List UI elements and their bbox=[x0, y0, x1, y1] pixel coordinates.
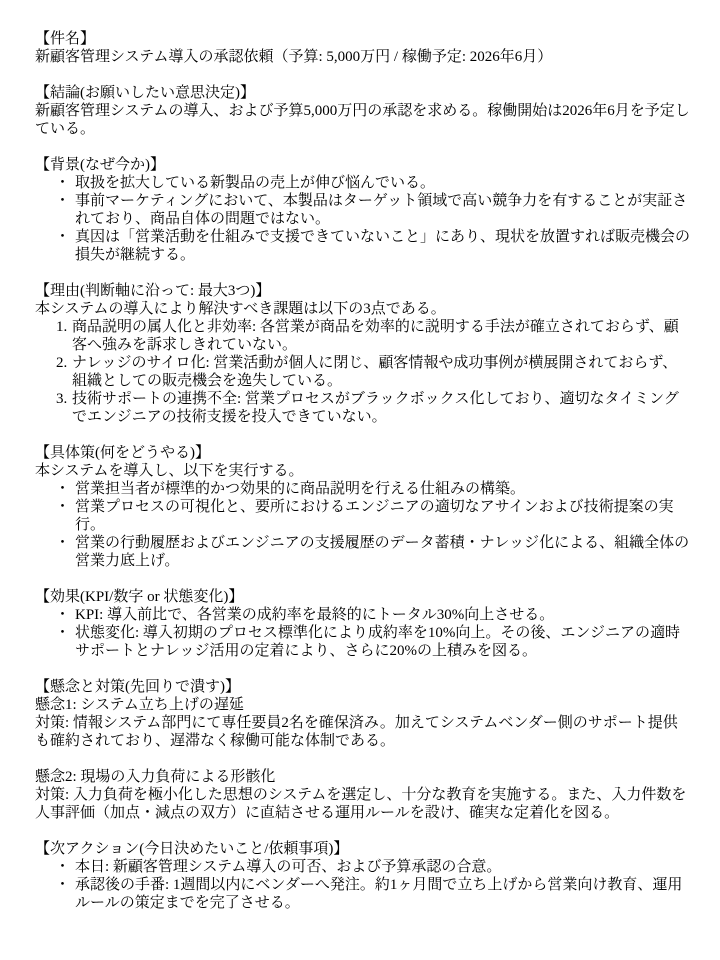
numbered-list: 1.商品説明の属人化と非効率: 各営業が商品を効率的に説明する手法が確立されてお… bbox=[35, 318, 690, 426]
bullet-item: ・営業担当者が標準的かつ効果的に商品説明を行える仕組みの構築。 bbox=[35, 480, 690, 498]
bullet-dot-icon: ・ bbox=[55, 174, 70, 192]
section-heading: 【効果(KPI/数字 or 状態変化)】 bbox=[35, 588, 690, 606]
bullet-text: 営業担当者が標準的かつ効果的に商品説明を行える仕組みの構築。 bbox=[75, 481, 525, 497]
bullet-item: ・営業の行動履歴およびエンジニアの支援履歴のデータ蓄積・ナレッジ化による、組織全… bbox=[35, 534, 690, 570]
bullet-item: ・承認後の手番: 1週間以内にベンダーへ発注。約1ヶ月間で立ち上げから営業向け教… bbox=[35, 876, 690, 912]
section-concrete-actions: 【具体策(何をどうやる)】本システムを導入し、以下を実行する。・営業担当者が標準… bbox=[35, 444, 690, 570]
bullet-dot-icon: ・ bbox=[55, 624, 70, 642]
section-heading: 【結論(お願いしたい意思決定)】 bbox=[35, 84, 690, 102]
bullet-text: 取扱を拡大している新製品の売上が伸び悩んでいる。 bbox=[75, 175, 435, 191]
document-page: 【件名】新顧客管理システム導入の承認依頼（予算: 5,000万円 / 稼働予定:… bbox=[0, 0, 720, 960]
item-number: 2. bbox=[56, 354, 67, 372]
section-heading: 【背景(なぜ今か)】 bbox=[35, 156, 690, 174]
section-concerns: 【懸念と対策(先回りで潰す)】懸念1: システム立ち上げの遅延対策: 情報システ… bbox=[35, 678, 690, 822]
section-heading: 【件名】 bbox=[35, 30, 690, 48]
bullet-list: ・取扱を拡大している新製品の売上が伸び悩んでいる。・事前マーケティングにおいて、… bbox=[35, 174, 690, 264]
bullet-text: 承認後の手番: 1週間以内にベンダーへ発注。約1ヶ月間で立ち上げから営業向け教育… bbox=[75, 877, 682, 911]
section-background: 【背景(なぜ今か)】・取扱を拡大している新製品の売上が伸び悩んでいる。・事前マー… bbox=[35, 156, 690, 264]
section-heading: 【懸念と対策(先回りで潰す)】 bbox=[35, 678, 690, 696]
bullet-text: 営業プロセスの可視化と、要所におけるエンジニアの適切なアサインおよび技術提案の実… bbox=[75, 499, 674, 533]
section-conclusion: 【結論(お願いしたい意思決定)】新顧客管理システムの導入、および予算5,000万… bbox=[35, 84, 690, 138]
paragraph: 新顧客管理システム導入の承認依頼（予算: 5,000万円 / 稼働予定: 202… bbox=[35, 48, 690, 66]
bullet-dot-icon: ・ bbox=[55, 192, 70, 210]
numbered-item: 1.商品説明の属人化と非効率: 各営業が商品を効率的に説明する手法が確立されてお… bbox=[35, 318, 690, 354]
bullet-dot-icon: ・ bbox=[55, 876, 70, 894]
item-text: 商品説明の属人化と非効率: 各営業が商品を効率的に説明する手法が確立されておらず… bbox=[72, 319, 679, 353]
bullet-item: ・KPI: 導入前比で、各営業の成約率を最終的にトータル30%向上させる。 bbox=[35, 606, 690, 624]
bullet-dot-icon: ・ bbox=[55, 534, 70, 552]
numbered-item: 3.技術サポートの連携不全: 営業プロセスがブラックボックス化しており、適切なタ… bbox=[35, 390, 690, 426]
bullet-item: ・状態変化: 導入初期のプロセス標準化により成約率を10%向上。その後、エンジニ… bbox=[35, 624, 690, 660]
paragraph: 対策: 入力負荷を極小化した思想のシステムを選定し、十分な教育を実施する。また、… bbox=[35, 786, 690, 822]
bullet-text: 営業の行動履歴およびエンジニアの支援履歴のデータ蓄積・ナレッジ化による、組織全体… bbox=[75, 535, 689, 569]
bullet-item: ・取扱を拡大している新製品の売上が伸び悩んでいる。 bbox=[35, 174, 690, 192]
bullet-item: ・事前マーケティングにおいて、本製品はターゲット領域で高い競争力を有することが実… bbox=[35, 192, 690, 228]
section-reasons: 【理由(判断軸に沿って: 最大3つ)】本システムの導入により解決すべき課題は以下… bbox=[35, 282, 690, 426]
bullet-text: 事前マーケティングにおいて、本製品はターゲット領域で高い競争力を有することが実証… bbox=[75, 193, 687, 227]
bullet-item: ・営業プロセスの可視化と、要所におけるエンジニアの適切なアサインおよび技術提案の… bbox=[35, 498, 690, 534]
numbered-item: 2.ナレッジのサイロ化: 営業活動が個人に閉じ、顧客情報や成功事例が横展開されて… bbox=[35, 354, 690, 390]
bullet-item: ・本日: 新顧客管理システム導入の可否、および予算承認の合意。 bbox=[35, 858, 690, 876]
section-subject: 【件名】新顧客管理システム導入の承認依頼（予算: 5,000万円 / 稼働予定:… bbox=[35, 30, 690, 66]
paragraph: 新顧客管理システムの導入、および予算5,000万円の承認を求める。稼働開始は20… bbox=[35, 102, 690, 138]
section-heading: 【理由(判断軸に沿って: 最大3つ)】 bbox=[35, 282, 690, 300]
paragraph: 対策: 情報システム部門にて専任要員2名を確保済み。加えてシステムベンダー側のサ… bbox=[35, 714, 690, 750]
bullet-list: ・本日: 新顧客管理システム導入の可否、および予算承認の合意。・承認後の手番: … bbox=[35, 858, 690, 912]
section-heading: 【具体策(何をどうやる)】 bbox=[35, 444, 690, 462]
bullet-text: KPI: 導入前比で、各営業の成約率を最終的にトータル30%向上させる。 bbox=[75, 607, 554, 623]
bullet-text: 本日: 新顧客管理システム導入の可否、および予算承認の合意。 bbox=[75, 859, 501, 875]
paragraph: 懸念1: システム立ち上げの遅延 bbox=[35, 696, 690, 714]
bullet-dot-icon: ・ bbox=[55, 228, 70, 246]
bullet-list: ・営業担当者が標準的かつ効果的に商品説明を行える仕組みの構築。・営業プロセスの可… bbox=[35, 480, 690, 570]
bullet-dot-icon: ・ bbox=[55, 480, 70, 498]
bullet-dot-icon: ・ bbox=[55, 858, 70, 876]
bullet-text: 状態変化: 導入初期のプロセス標準化により成約率を10%向上。その後、エンジニア… bbox=[75, 625, 680, 659]
item-text: ナレッジのサイロ化: 営業活動が個人に閉じ、顧客情報や成功事例が横展開されておら… bbox=[72, 355, 677, 389]
paragraph: 本システムを導入し、以下を実行する。 bbox=[35, 462, 690, 480]
bullet-item: ・真因は「営業活動を仕組みで支援できていないこと」にあり、現状を放置すれば販売機… bbox=[35, 228, 690, 264]
section-next-actions: 【次アクション(今日決めたいこと/依頼事項)】・本日: 新顧客管理システム導入の… bbox=[35, 840, 690, 912]
bullet-list: ・KPI: 導入前比で、各営業の成約率を最終的にトータル30%向上させる。・状態… bbox=[35, 606, 690, 660]
section-effects: 【効果(KPI/数字 or 状態変化)】・KPI: 導入前比で、各営業の成約率を… bbox=[35, 588, 690, 660]
section-heading: 【次アクション(今日決めたいこと/依頼事項)】 bbox=[35, 840, 690, 858]
item-number: 1. bbox=[56, 318, 67, 336]
item-number: 3. bbox=[56, 390, 67, 408]
bullet-text: 真因は「営業活動を仕組みで支援できていないこと」にあり、現状を放置すれば販売機会… bbox=[75, 229, 690, 263]
item-text: 技術サポートの連携不全: 営業プロセスがブラックボックス化しており、適切なタイミ… bbox=[72, 391, 679, 425]
bullet-dot-icon: ・ bbox=[55, 498, 70, 516]
bullet-dot-icon: ・ bbox=[55, 606, 70, 624]
paragraph: 本システムの導入により解決すべき課題は以下の3点である。 bbox=[35, 300, 690, 318]
paragraph: 懸念2: 現場の入力負荷による形骸化 bbox=[35, 768, 690, 786]
